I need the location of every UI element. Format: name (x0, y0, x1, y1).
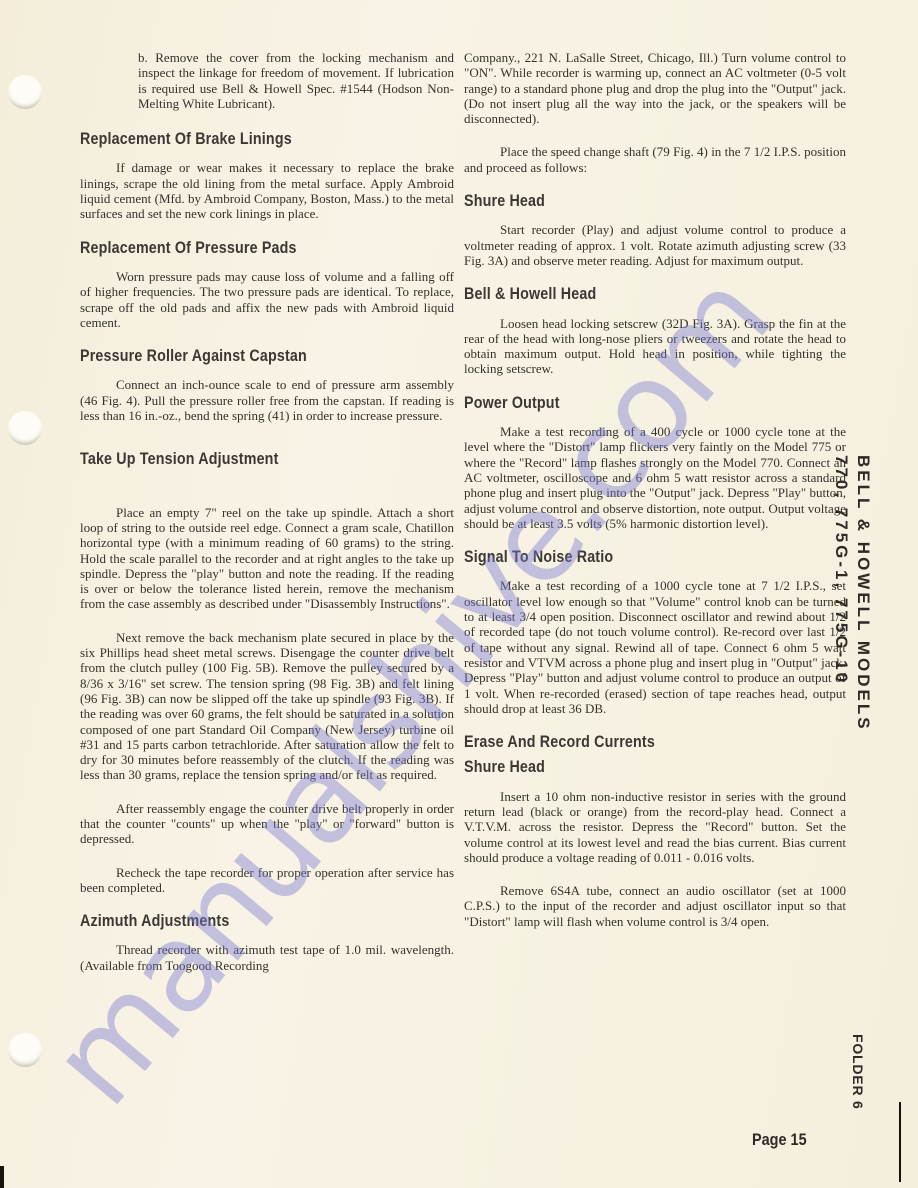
sidebar-folder-label: FOLDER 6 (850, 1034, 866, 1110)
section-heading-pressure-roller: Pressure Roller Against Capstan (80, 348, 394, 363)
section-heading-erase-record-currents: Erase And Record Currents (464, 734, 785, 749)
paragraph-azimuth: Thread recorder with azimuth test tape o… (80, 942, 454, 973)
paragraph-bell-howell-head: Loosen head locking setscrew (32D Fig. 3… (464, 316, 846, 377)
right-column: Company., 221 N. LaSalle Street, Chicago… (464, 50, 846, 991)
sidebar-model-banner: BELL & HOWELL MODELS 770, 775G-1, 775G-1… (830, 455, 874, 845)
paragraph-take-up-4: Recheck the tape recorder for proper ope… (80, 865, 454, 896)
section-heading-power-output: Power Output (464, 395, 785, 410)
section-heading-brake-linings: Replacement Of Brake Linings (80, 131, 394, 146)
manual-page-body: b. Remove the cover from the locking mec… (80, 50, 846, 991)
paragraph-oscillator: Remove 6S4A tube, connect an audio oscil… (464, 883, 846, 929)
section-heading-shure-head: Shure Head (464, 193, 785, 208)
paragraph-pressure-pads: Worn pressure pads may cause loss of vol… (80, 269, 454, 330)
sidebar-model-line-2: 770, 775G-1, 775G-10 (830, 455, 852, 845)
page-number: Page 15 (752, 1130, 807, 1150)
right-edge-rule (899, 1102, 901, 1182)
section-heading-bell-howell-head: Bell & Howell Head (464, 286, 785, 301)
punch-hole-top (8, 75, 42, 109)
section-heading-signal-to-noise: Signal To Noise Ratio (464, 549, 785, 564)
paragraph-take-up-3: After reassembly engage the counter driv… (80, 801, 454, 847)
paragraph-take-up-1: Place an empty 7" reel on the take up sp… (80, 505, 454, 612)
paragraph-speed-shaft: Place the speed change shaft (79 Fig. 4)… (464, 144, 846, 175)
left-column: b. Remove the cover from the locking mec… (80, 50, 454, 991)
punch-hole-bottom (8, 1033, 42, 1067)
section-heading-shure-head-2: Shure Head (464, 759, 785, 774)
paragraph-pressure-roller: Connect an inch-ounce scale to end of pr… (80, 377, 454, 423)
sidebar-model-line-1: BELL & HOWELL MODELS (852, 455, 874, 845)
section-heading-take-up-tension: Take Up Tension Adjustment (80, 451, 394, 466)
list-item-b: b. Remove the cover from the locking mec… (138, 50, 454, 111)
punch-hole-middle (8, 411, 42, 445)
section-heading-pressure-pads: Replacement Of Pressure Pads (80, 240, 394, 255)
paragraph-brake-linings: If damage or wear makes it necessary to … (80, 160, 454, 221)
paragraph-bias-current: Insert a 10 ohm non-inductive resistor i… (464, 789, 846, 865)
paragraph-power-output: Make a test recording of a 400 cycle or … (464, 424, 846, 531)
section-heading-azimuth: Azimuth Adjustments (80, 913, 394, 928)
paragraph-shure-head: Start recorder (Play) and adjust volume … (464, 222, 846, 268)
paragraph-take-up-2: Next remove the back mechanism plate sec… (80, 630, 454, 783)
paragraph-signal-to-noise: Make a test recording of a 1000 cycle to… (464, 578, 846, 716)
bottom-left-scan-mark (0, 1166, 4, 1188)
paragraph-azimuth-continuation: Company., 221 N. LaSalle Street, Chicago… (464, 50, 846, 126)
